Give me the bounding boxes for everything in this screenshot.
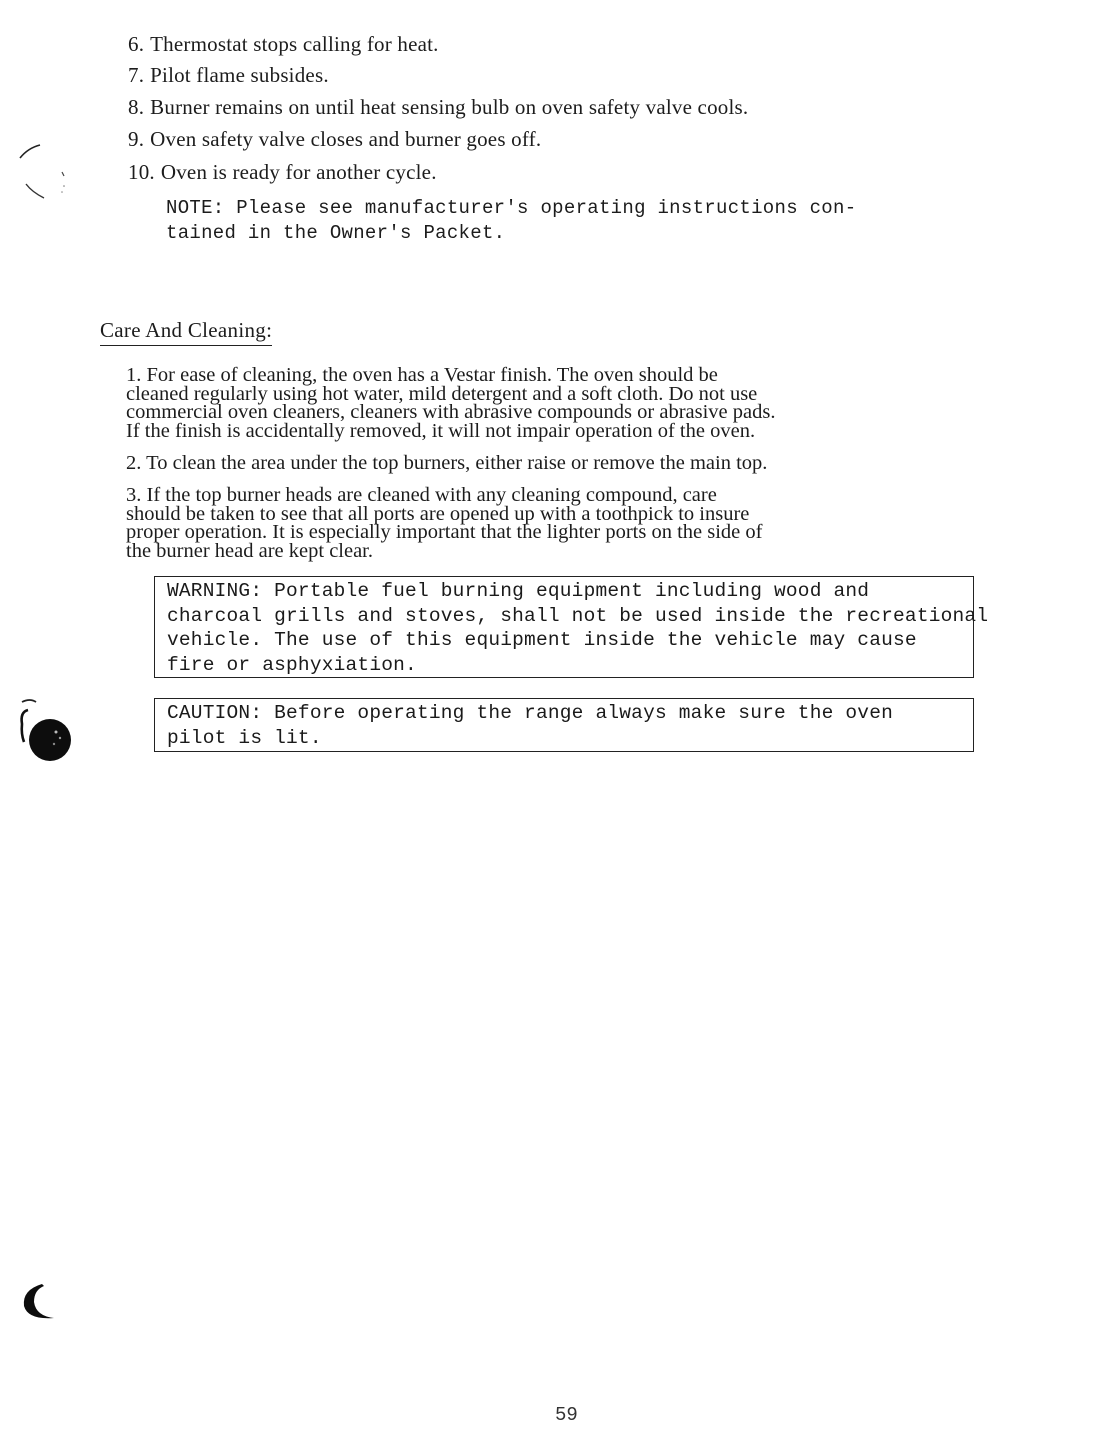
note-line: tained in the Owner's Packet. — [166, 221, 926, 246]
step-text: Oven safety valve closes and burner goes… — [150, 127, 541, 151]
care-item-2: 2. To clean the area under the top burne… — [126, 452, 1016, 474]
step-item: 9.Oven safety valve closes and burner go… — [128, 127, 541, 152]
step-item: 8.Burner remains on until heat sensing b… — [128, 95, 748, 120]
care-item-line: 2. To clean the area under the top burne… — [126, 452, 1016, 474]
step-text: Oven is ready for another cycle. — [161, 160, 437, 184]
binding-hole-crescent-icon — [18, 1280, 58, 1324]
step-number: 7. — [128, 63, 144, 87]
step-text: Thermostat stops calling for heat. — [150, 32, 438, 56]
step-item: 6.Thermostat stops calling for heat. — [128, 32, 439, 57]
care-item-1: 1. For ease of cleaning, the oven has a … — [126, 366, 1016, 440]
care-item-line: commercial oven cleaners, cleaners with … — [126, 403, 1016, 422]
care-item-3: 3. If the top burner heads are cleaned w… — [126, 486, 1016, 560]
step-item: 7.Pilot flame subsides. — [128, 63, 329, 88]
step-number: 10. — [128, 160, 155, 184]
care-item-line: proper operation. It is especially impor… — [126, 523, 1016, 542]
note-block: NOTE: Please see manufacturer's operatin… — [166, 196, 926, 246]
warning-line: charcoal grills and stoves, shall not be… — [167, 604, 961, 629]
warning-box: WARNING: Portable fuel burning equipment… — [154, 576, 974, 678]
step-text: Pilot flame subsides. — [150, 63, 329, 87]
step-number: 9. — [128, 127, 144, 151]
caution-box: CAUTION: Before operating the range alwa… — [154, 698, 974, 752]
caution-line: pilot is lit. — [167, 726, 961, 751]
care-item-line: 1. For ease of cleaning, the oven has a … — [126, 366, 1016, 385]
section-heading-care-and-cleaning: Care And Cleaning: — [100, 318, 272, 346]
care-item-line: If the finish is accidentally removed, i… — [126, 422, 1016, 441]
note-line: NOTE: Please see manufacturer's operatin… — [166, 196, 926, 221]
warning-line: fire or asphyxiation. — [167, 653, 961, 678]
warning-line: vehicle. The use of this equipment insid… — [167, 628, 961, 653]
care-item-line: the burner head are kept clear. — [126, 542, 1016, 561]
page-number: 59 — [555, 1404, 578, 1426]
binding-hole-arc-icon — [18, 140, 68, 202]
caution-line: CAUTION: Before operating the range alwa… — [167, 701, 961, 726]
binding-hole-filled-icon — [18, 694, 74, 764]
step-text: Burner remains on until heat sensing bul… — [150, 95, 748, 119]
step-number: 8. — [128, 95, 144, 119]
warning-line: WARNING: Portable fuel burning equipment… — [167, 579, 961, 604]
care-item-line: 3. If the top burner heads are cleaned w… — [126, 486, 1016, 505]
step-item: 10.Oven is ready for another cycle. — [128, 160, 437, 185]
step-number: 6. — [128, 32, 144, 56]
